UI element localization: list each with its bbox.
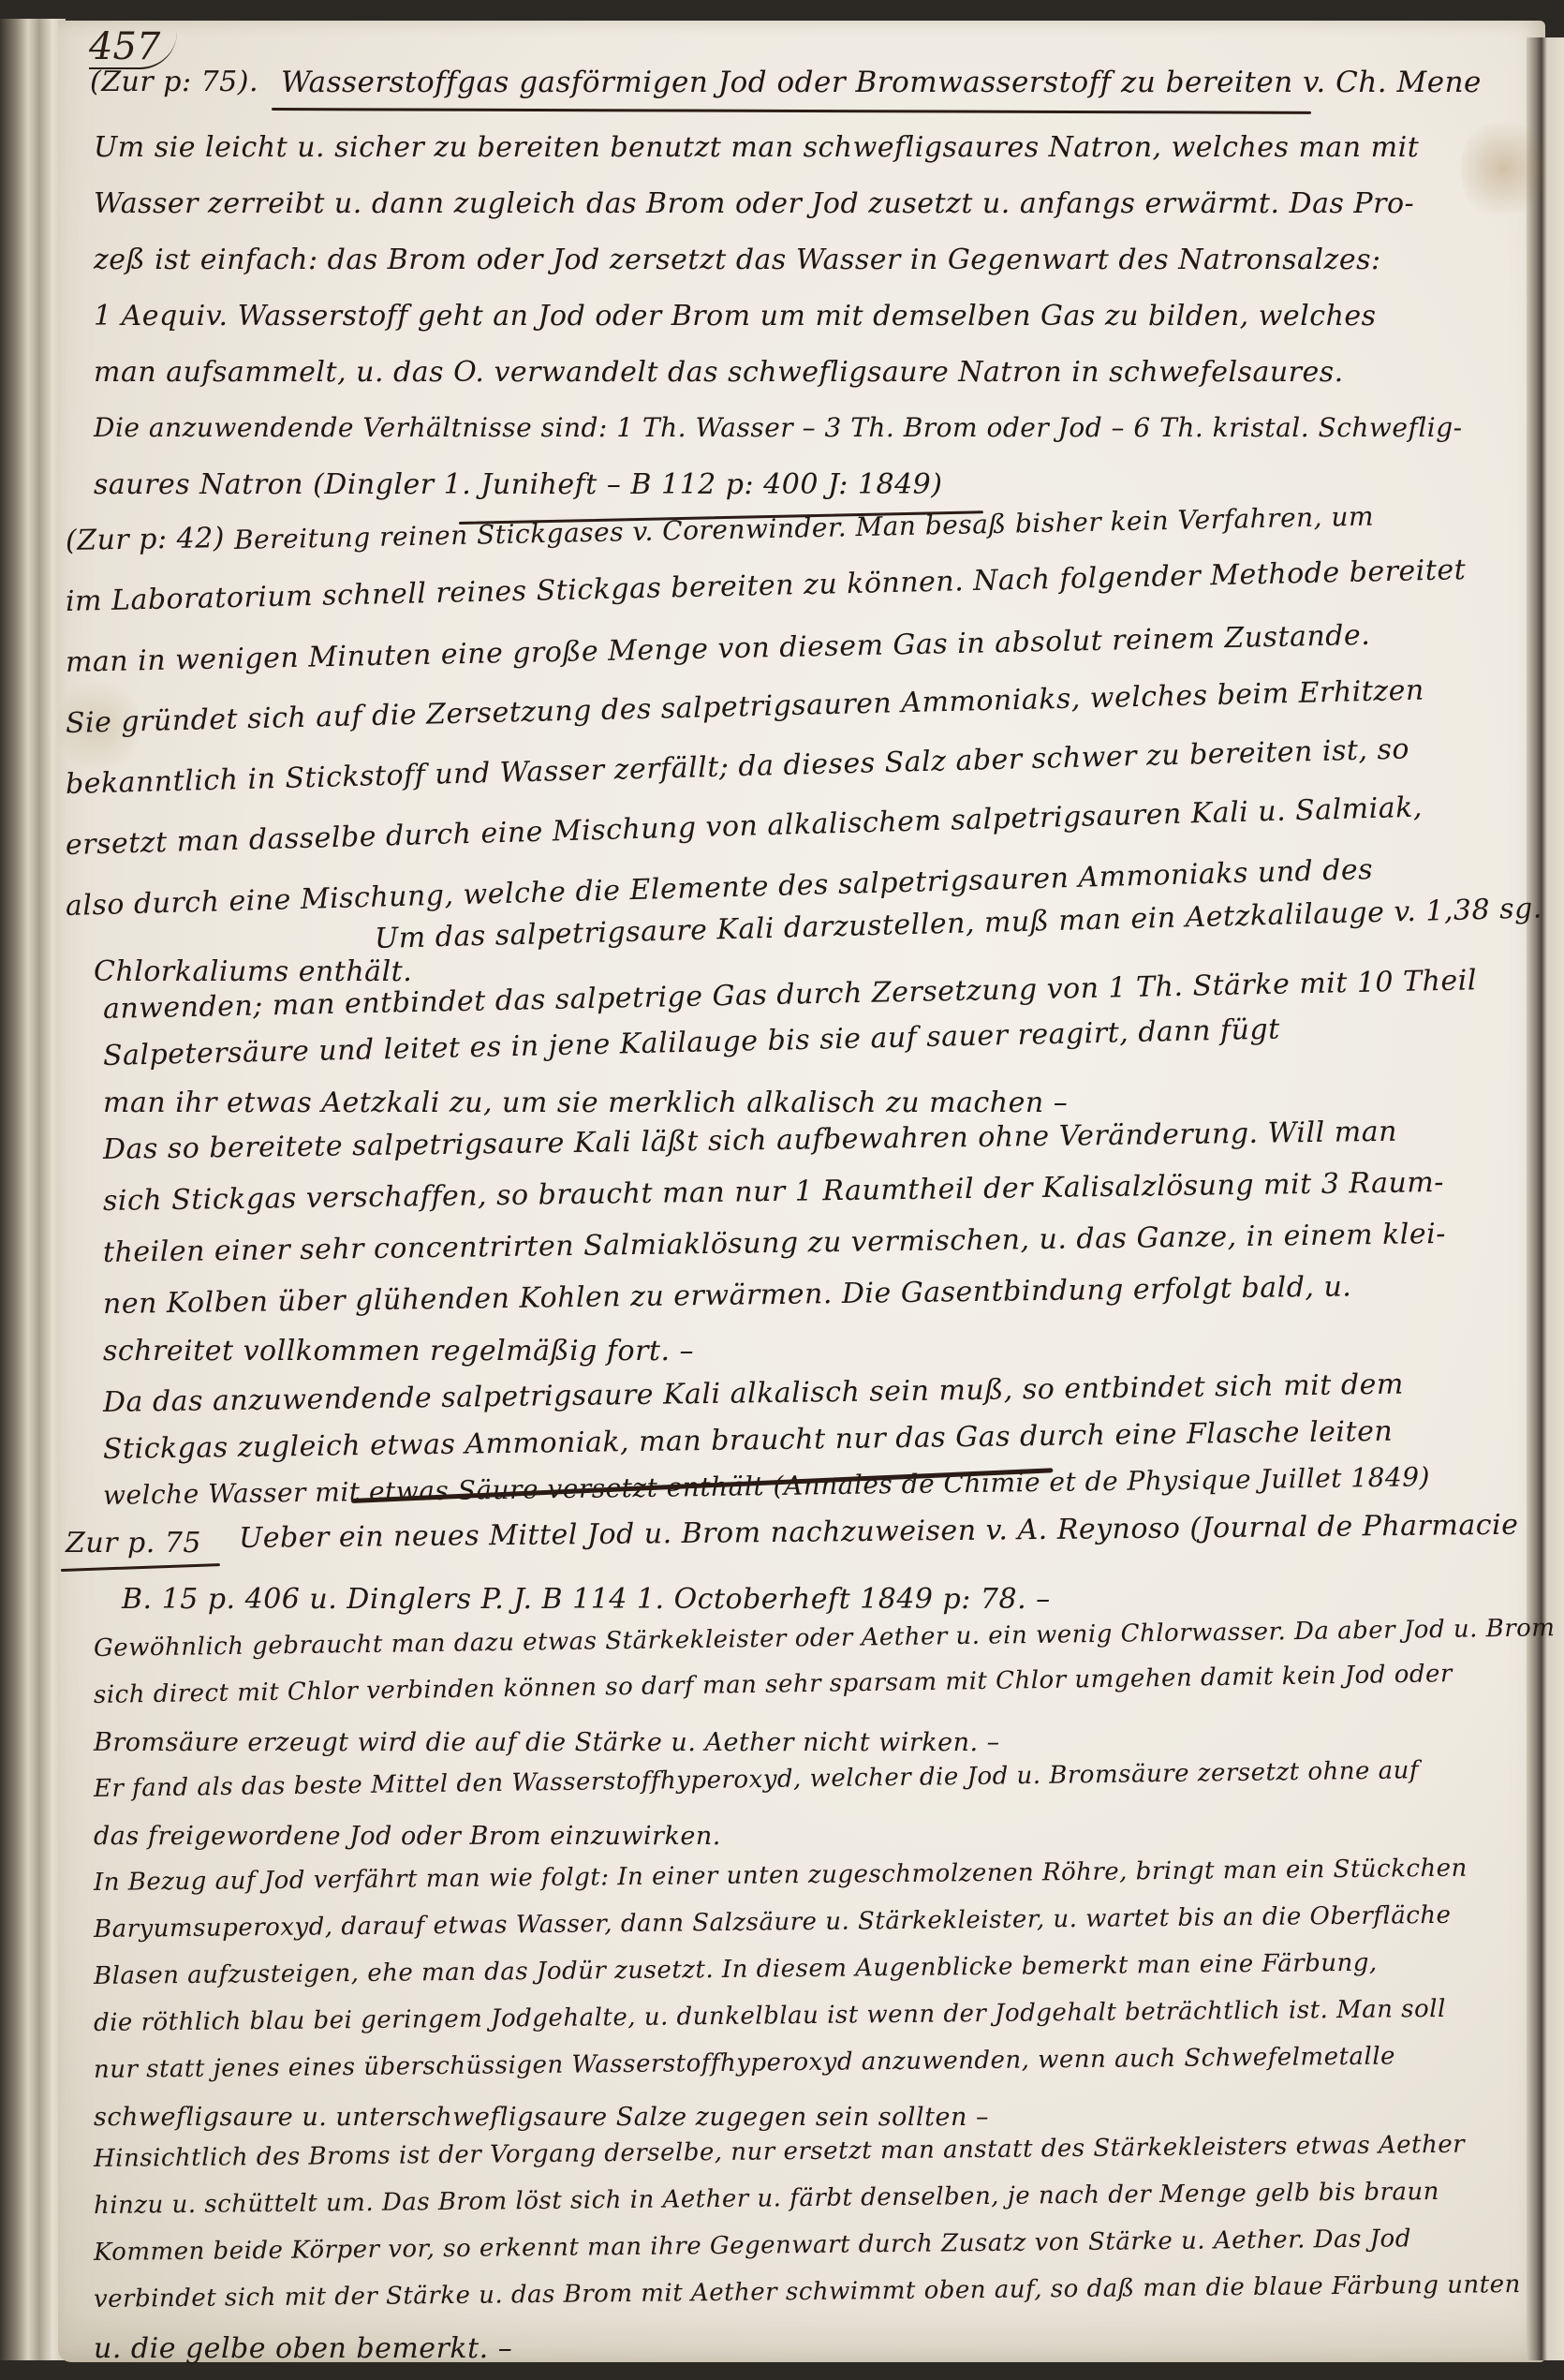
entry-3-line: Bromsäure erzeugt wird die auf die Stärk… [94,1728,1000,1757]
page-edges-right [1527,37,1564,2360]
entry-3-line: das freigewordene Jod oder Brom einzuwir… [94,1822,721,1851]
entry-1-line: Die anzuwendende Verhältnisse sind: 1 Th… [94,412,1463,443]
entry-1-line: zeß ist einfach: das Brom oder Jod zerse… [94,244,1381,276]
stain [1461,112,1545,225]
entry-1-line: Wasser zerreibt u. dann zugleich das Bro… [94,187,1414,220]
entry-3-line: u. die gelbe oben bemerkt. – [94,2332,512,2365]
entry-2-line: Chlorkaliums enthält. [94,955,412,988]
entry-3-line: B. 15 p. 406 u. Dinglers P. J. B 114 1. … [122,1583,1051,1616]
entry-2-line: man ihr etwas Aetzkali zu, um sie merkli… [103,1087,1068,1119]
entry-1-line: saures Natron (Dingler 1. Juniheft – B 1… [94,468,942,501]
entry-1-line: 1 Aequiv. Wasserstoff geht an Jod oder B… [94,300,1377,333]
entry-1-heading: Wasserstoffgas gasförmigen Jod oder Brom… [281,66,1482,99]
entry-2-line: schreitet vollkommen regelmäßig fort. – [103,1335,694,1367]
entry-3-reference: Zur p. 75 [66,1527,201,1560]
entry-2-reference: (Zur p: 42) [66,522,226,557]
book-scan: 457 (Zur p: 75). Wasserstoffgas gasförmi… [0,0,1564,2380]
entry-1-line: man aufsammelt, u. das O. verwandelt das… [94,356,1344,389]
entry-1-reference: (Zur p: 75). [90,66,258,98]
page-edges-left [0,19,66,2360]
entry-3-line: schwefligsaure u. unterschwefligsaure Sa… [94,2103,989,2132]
entry-1-line: Um sie leicht u. sicher zu bereiten benu… [94,131,1419,164]
